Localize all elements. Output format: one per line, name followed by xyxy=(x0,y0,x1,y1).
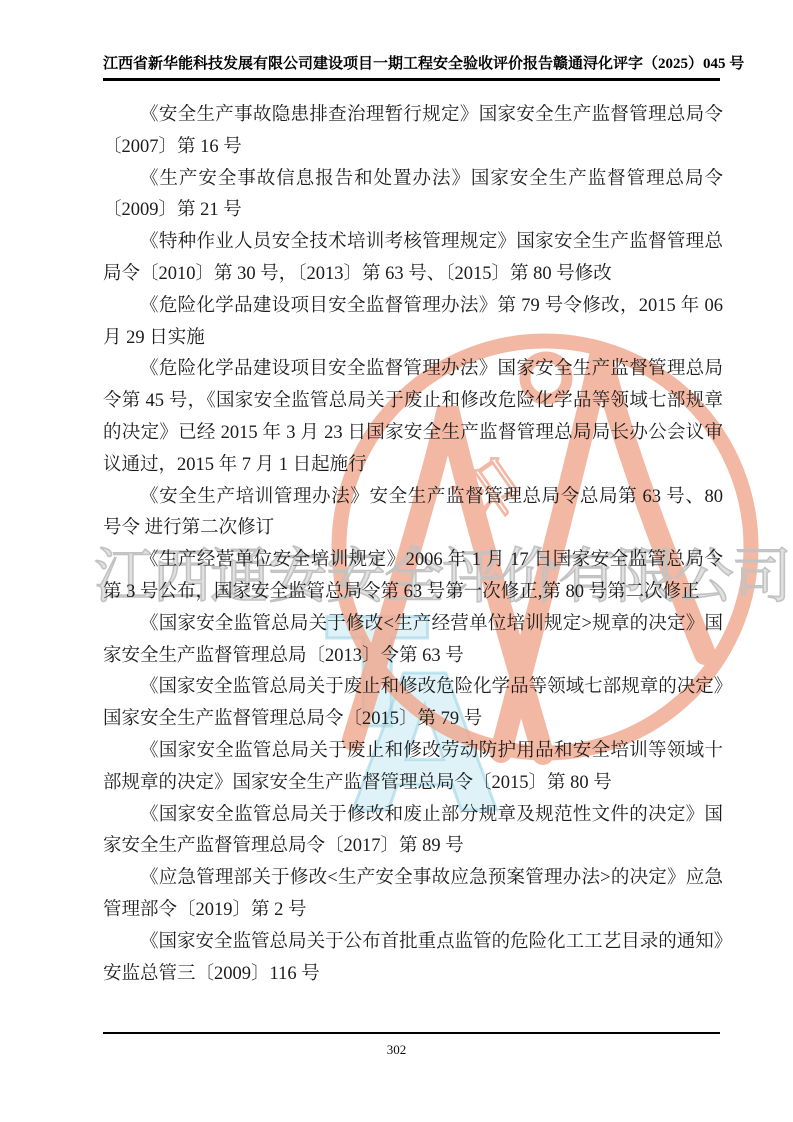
regulation-paragraph: 《国家安全监管总局关于修改<生产经营单位培训规定>规章的决定》国家安全生产监督管… xyxy=(103,609,723,673)
regulation-paragraph: 《安全生产事故隐患排查治理暂行规定》国家安全生产监督管理总局令〔2007〕第 1… xyxy=(103,100,723,164)
regulation-paragraph: 《国家安全监管总局关于修改和废止部分规章及规范性文件的决定》国家安全生产监督管理… xyxy=(103,800,723,864)
regulation-paragraph: 《生产经营单位安全培训规定》2006 年 1 月 17 日国家安全监管总局令第 … xyxy=(103,545,723,609)
regulation-paragraph: 《国家安全监管总局关于废止和修改劳动防护用品和安全培训等领域十部规章的决定》国家… xyxy=(103,736,723,800)
regulation-paragraph: 《安全生产培训管理办法》安全生产监督管理总局令总局第 63 号、80 号令 进行… xyxy=(103,482,723,546)
page-number: 302 xyxy=(0,1042,793,1058)
report-title: 江西省新华能科技发展有限公司建设项目一期工程安全验收评价报告 xyxy=(103,52,553,73)
regulation-paragraph: 《国家安全监管总局关于公布首批重点监管的危险化工工艺目录的通知》安监总管三〔20… xyxy=(103,927,723,991)
regulation-paragraph: 《应急管理部关于修改<生产安全事故应急预案管理办法>的决定》应急管理部令〔201… xyxy=(103,863,723,927)
regulation-paragraph: 《国家安全监管总局关于废止和修改危险化学品等领域七部规章的决定》国家安全生产监督… xyxy=(103,672,723,736)
document-number: 赣通浔化评字（2025）045 号 xyxy=(553,52,744,73)
footer-divider xyxy=(103,1032,720,1034)
regulation-paragraph: 《特种作业人员安全技术培训考核管理规定》国家安全生产监督管理总局令〔2010〕第… xyxy=(103,227,723,291)
regulation-paragraph: 《危险化学品建设项目安全监督管理办法》第 79 号令修改，2015 年 06 月… xyxy=(103,291,723,355)
page-header: 江西省新华能科技发展有限公司建设项目一期工程安全验收评价报告 赣通浔化评字（20… xyxy=(103,52,720,81)
regulation-paragraph: 《危险化学品建设项目安全监督管理办法》国家安全生产监督管理总局令第 45 号，《… xyxy=(103,354,723,481)
regulation-paragraph: 《生产安全事故信息报告和处置办法》国家安全生产监督管理总局令〔2009〕第 21… xyxy=(103,164,723,228)
document-body: 《安全生产事故隐患排查治理暂行规定》国家安全生产监督管理总局令〔2007〕第 1… xyxy=(103,100,723,990)
